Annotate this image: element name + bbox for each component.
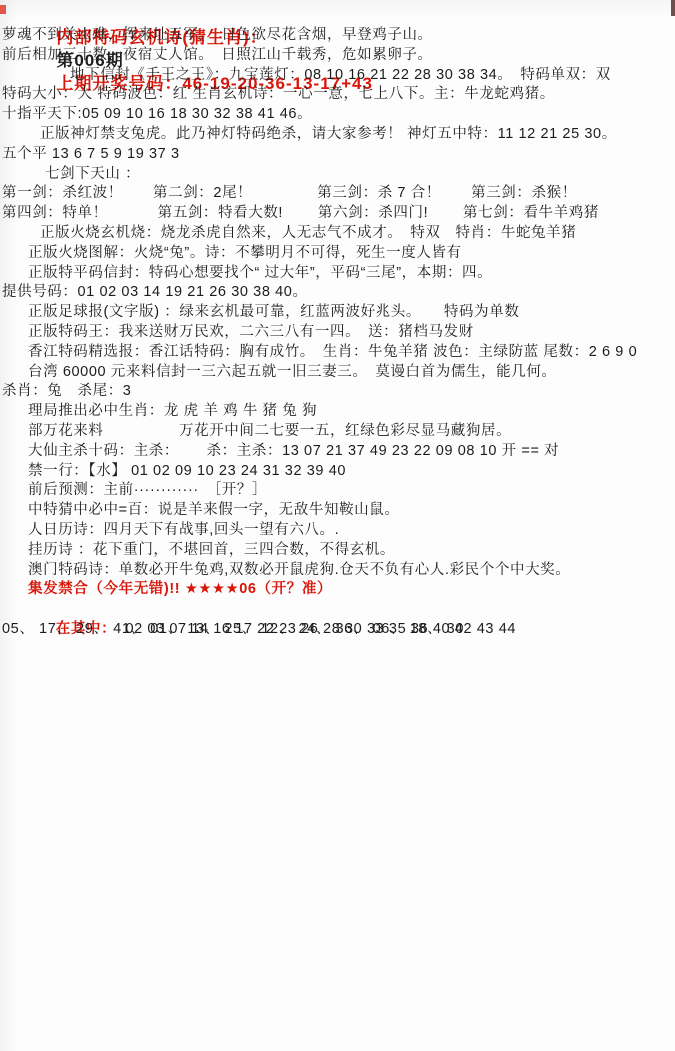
five-flat-numbers-line: 五个平 13 6 7 5 9 19 37 3 bbox=[0, 145, 675, 165]
taiwan-envelope-line: 台湾 60000 元来料信封一三六起五就一旧三妻三。 莫谩白首为儒生，能几何。 bbox=[0, 363, 675, 383]
among-them-line: 在其中： 02 03 07 14 16 17 22 23 26 28 30 33… bbox=[0, 600, 675, 620]
underground-envelope-line: 地下信封《千王之王》：九宝莲灯：08 10 16 21 22 28 30 38 … bbox=[0, 66, 675, 86]
macau-special-poem-line: 澳门特码诗：单数必开牛兔鸡,双数必开鼠虎狗.仓天不负有心人.彩民个个中大奖。 bbox=[0, 561, 675, 581]
ten-fingers-numbers-line: 十指平天下:05 09 10 16 18 30 32 38 41 46。 bbox=[0, 105, 675, 125]
special-code-king-line: 正版特码王：我来送财万民欢，二六三八有一四。 送：猪档马发财 bbox=[0, 323, 675, 343]
forecast-line: 前后预测：主前············ ［开？］ bbox=[0, 481, 675, 501]
lottery-tip-sheet: 内部特码玄机诗(猜生肖)： 第006期 上期开奖号码：46-19-20-36-1… bbox=[0, 0, 675, 1051]
seven-swords-row-2: 第四剑：特单！ 第五剑：特看大数! 第六剑：杀四门! 第七剑：看牛羊鸡猪 bbox=[0, 204, 675, 224]
special-code-size-wave-line: 特码大小：大 特码波色：红 生肖玄机诗：一心一意，七上八下。主：牛龙蛇鸡猪。 bbox=[0, 85, 675, 105]
special-flat-code-envelope-line: 正版特平码信封：特码心想要找个“ 过大年”，平码“三尾”，本期：四。 bbox=[0, 264, 675, 284]
fire-burn-diagram-line: 正版火烧图解：火烧“兔”。诗：不攀明月不可得，死生一度人皆有 bbox=[0, 244, 675, 264]
poem-line-1: 萝魂不到关山难，挥来址五军。 日色欲尽花含烟，早登鸡子山。 bbox=[0, 26, 675, 46]
mid-special-guess-line: 中特猜中必中=百：说是羊来假一字，无敌牛知鞍山鼠。 bbox=[0, 501, 675, 521]
daxian-kill-codes-line: 大仙主杀十码：主杀： 杀：主杀：13 07 21 37 49 23 22 09 … bbox=[0, 442, 675, 462]
scan-artifact-top-right bbox=[671, 0, 675, 16]
wanhua-material-line: 部万花来料 万花开中间二七要一五，红绿色彩尽显马藏狗居。 bbox=[0, 422, 675, 442]
forbidden-row-line: 禁一行：【水】 01 02 09 10 23 24 31 32 39 40 bbox=[0, 462, 675, 482]
provided-numbers-line: 提供号码：01 02 03 14 19 21 26 30 38 40。 bbox=[0, 283, 675, 303]
scan-artifact-top-left bbox=[0, 5, 6, 14]
liju-zodiac-line: 理局推出必中生肖：龙 虎 羊 鸡 牛 猪 兔 狗 bbox=[0, 402, 675, 422]
calendar-poem-line: 人日历诗：四月天下有战事,回头一望有六八。. bbox=[0, 521, 675, 541]
fire-burn-mystery-line: 正版火烧玄机烧：烧龙杀虎自然来，人无志气不成才。 特双 特肖：牛蛇兔羊猪 bbox=[0, 224, 675, 244]
kill-zodiac-line: 杀肖：兔 杀尾：3 bbox=[0, 382, 675, 402]
xiangjiang-report-line: 香江特码精选报：香江话特码：胸有成竹。 生肖：牛兔羊猪 波色：主绿防蓝 尾数：2… bbox=[0, 343, 675, 363]
sheet-content: 内部特码玄机诗(猜生肖)： 第006期 上期开奖号码：46-19-20-36-1… bbox=[0, 0, 675, 640]
tail-numbers-line: 05、 17、 29、 41、 01、 13、 25、 12、 24、 36、 … bbox=[0, 620, 675, 640]
magic-lamp-line: 正版神灯禁支兔虎。此乃神灯特码绝杀，请大家参考！ 神灯五中特：11 12 21 … bbox=[0, 125, 675, 145]
football-report-line: 正版足球报(文字版) ：绿来玄机最可靠，红蓝两波好兆头。 特码为单数 bbox=[0, 303, 675, 323]
seven-swords-row-1: 第一剑：杀红波！ 第二剑：2尾！ 第三剑：杀 7 合！ 第三剑：杀猴！ bbox=[0, 184, 675, 204]
wall-calendar-poem-line: 挂历诗 ：花下重门，不堪回首，三四合数，不得玄机。 bbox=[0, 541, 675, 561]
jifa-jinhe-headline: 集发禁合（今年无错)!! ★★★★06（开？准） bbox=[0, 580, 675, 600]
seven-swords-title: 七剑下天山 ： bbox=[0, 165, 675, 185]
poem-line-2: 前后相加三十数，夜宿丈人馆。 日照江山千载秀，危如累卵子。 bbox=[0, 46, 675, 66]
header-line: 内部特码玄机诗(猜生肖)： 第006期 上期开奖号码：46-19-20-36-1… bbox=[0, 3, 675, 26]
